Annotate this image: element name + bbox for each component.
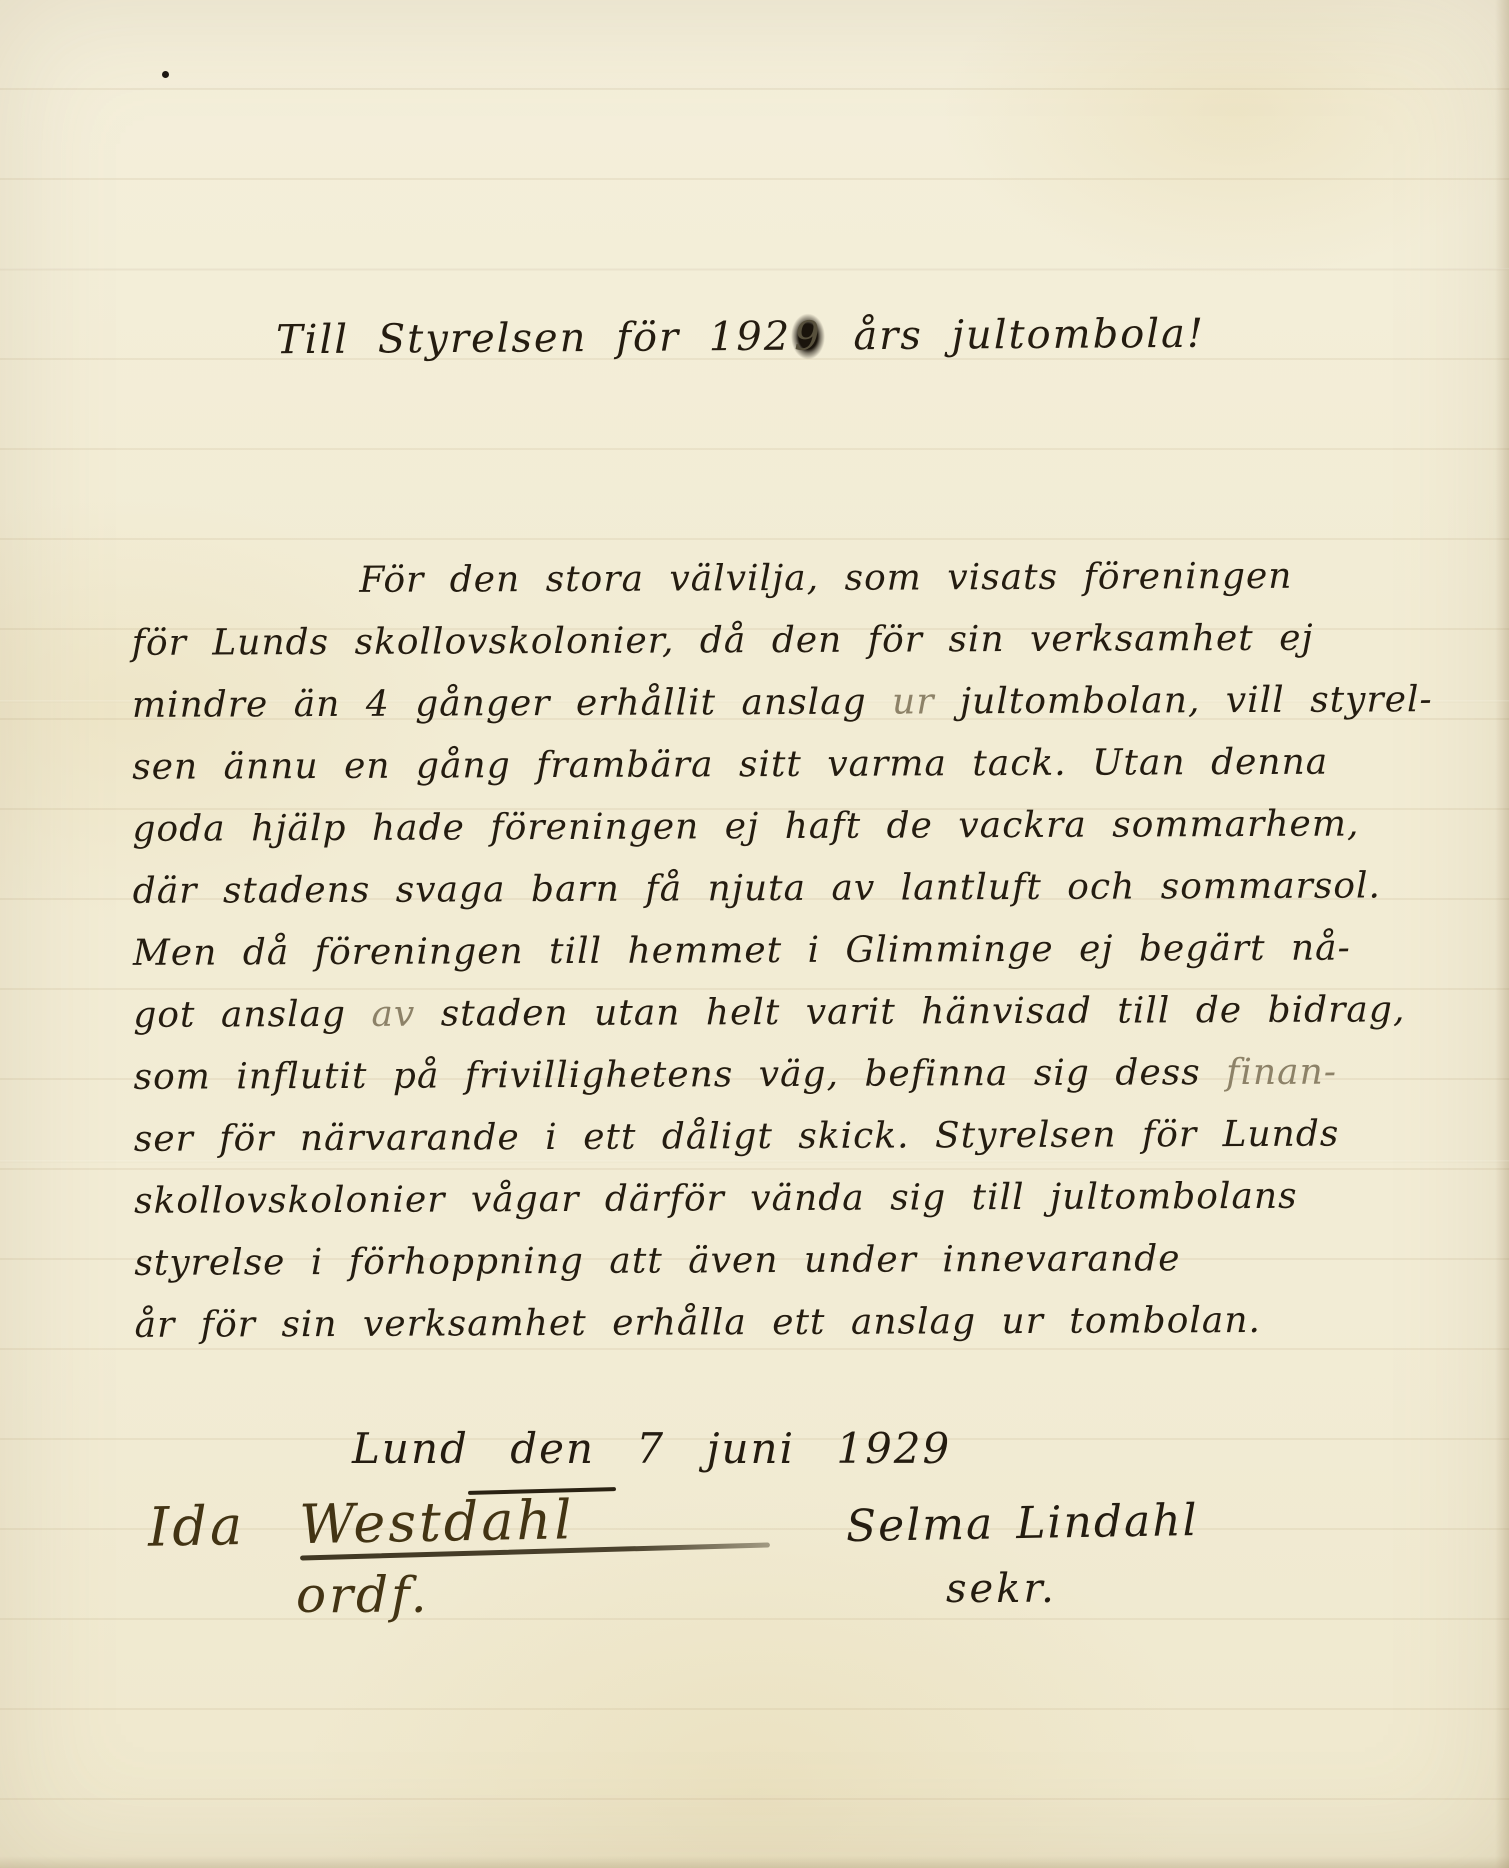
- salutation-text-end: års jultombola!: [824, 311, 1205, 360]
- paper-edge-right: [1495, 0, 1509, 1868]
- body-line: Men då föreningen till hemmet i Glimming…: [133, 917, 1443, 985]
- body-line: mindre än 4 gånger erhållit anslag ur ju…: [132, 669, 1442, 737]
- body-line: got anslag av staden utan helt varit hän…: [133, 979, 1443, 1047]
- signature-secretary-name: Selma Lindahl: [846, 1495, 1199, 1552]
- body-line: år för sin verksamhet erhålla ett anslag…: [134, 1289, 1444, 1357]
- signature-secretary-role: sekr.: [946, 1566, 1057, 1612]
- salutation-text: Till Styrelsen för 192: [276, 314, 791, 364]
- letter-page: Till Styrelsen för 1929 års jultombola! …: [0, 0, 1509, 1868]
- body-line: där stadens svaga barn få njuta av lantl…: [133, 855, 1443, 923]
- paper-crease: [0, 268, 1509, 271]
- paper-edge-bottom: [0, 1856, 1509, 1868]
- ink-dot: [162, 71, 169, 78]
- letter-body: För den stora välvilja, som visats fören…: [131, 545, 1445, 1357]
- ink-blot-digit: 9: [791, 313, 825, 359]
- signature-chairman-name: Ida Westdahl: [147, 1488, 575, 1558]
- body-line: som influtit på frivillighetens väg, bef…: [133, 1041, 1443, 1109]
- body-line: sen ännu en gång frambära sitt varma tac…: [132, 731, 1442, 799]
- signature-chairman-role: ordf.: [296, 1566, 430, 1624]
- body-line: styrelse i förhoppning att även under in…: [134, 1227, 1444, 1295]
- letter-salutation: Till Styrelsen för 1929 års jultombola!: [276, 311, 1205, 363]
- body-line: För den stora välvilja, som visats fören…: [131, 545, 1441, 613]
- body-line: ser för närvarande i ett dåligt skick. S…: [134, 1103, 1444, 1171]
- body-line: goda hjälp hade föreningen ej haft de va…: [132, 793, 1442, 861]
- body-line: skollovskolonier vågar därför vända sig …: [134, 1165, 1444, 1233]
- body-line: för Lunds skollovskolonier, då den för s…: [132, 607, 1442, 675]
- date-line: Lund den 7 juni 1929: [352, 1424, 951, 1473]
